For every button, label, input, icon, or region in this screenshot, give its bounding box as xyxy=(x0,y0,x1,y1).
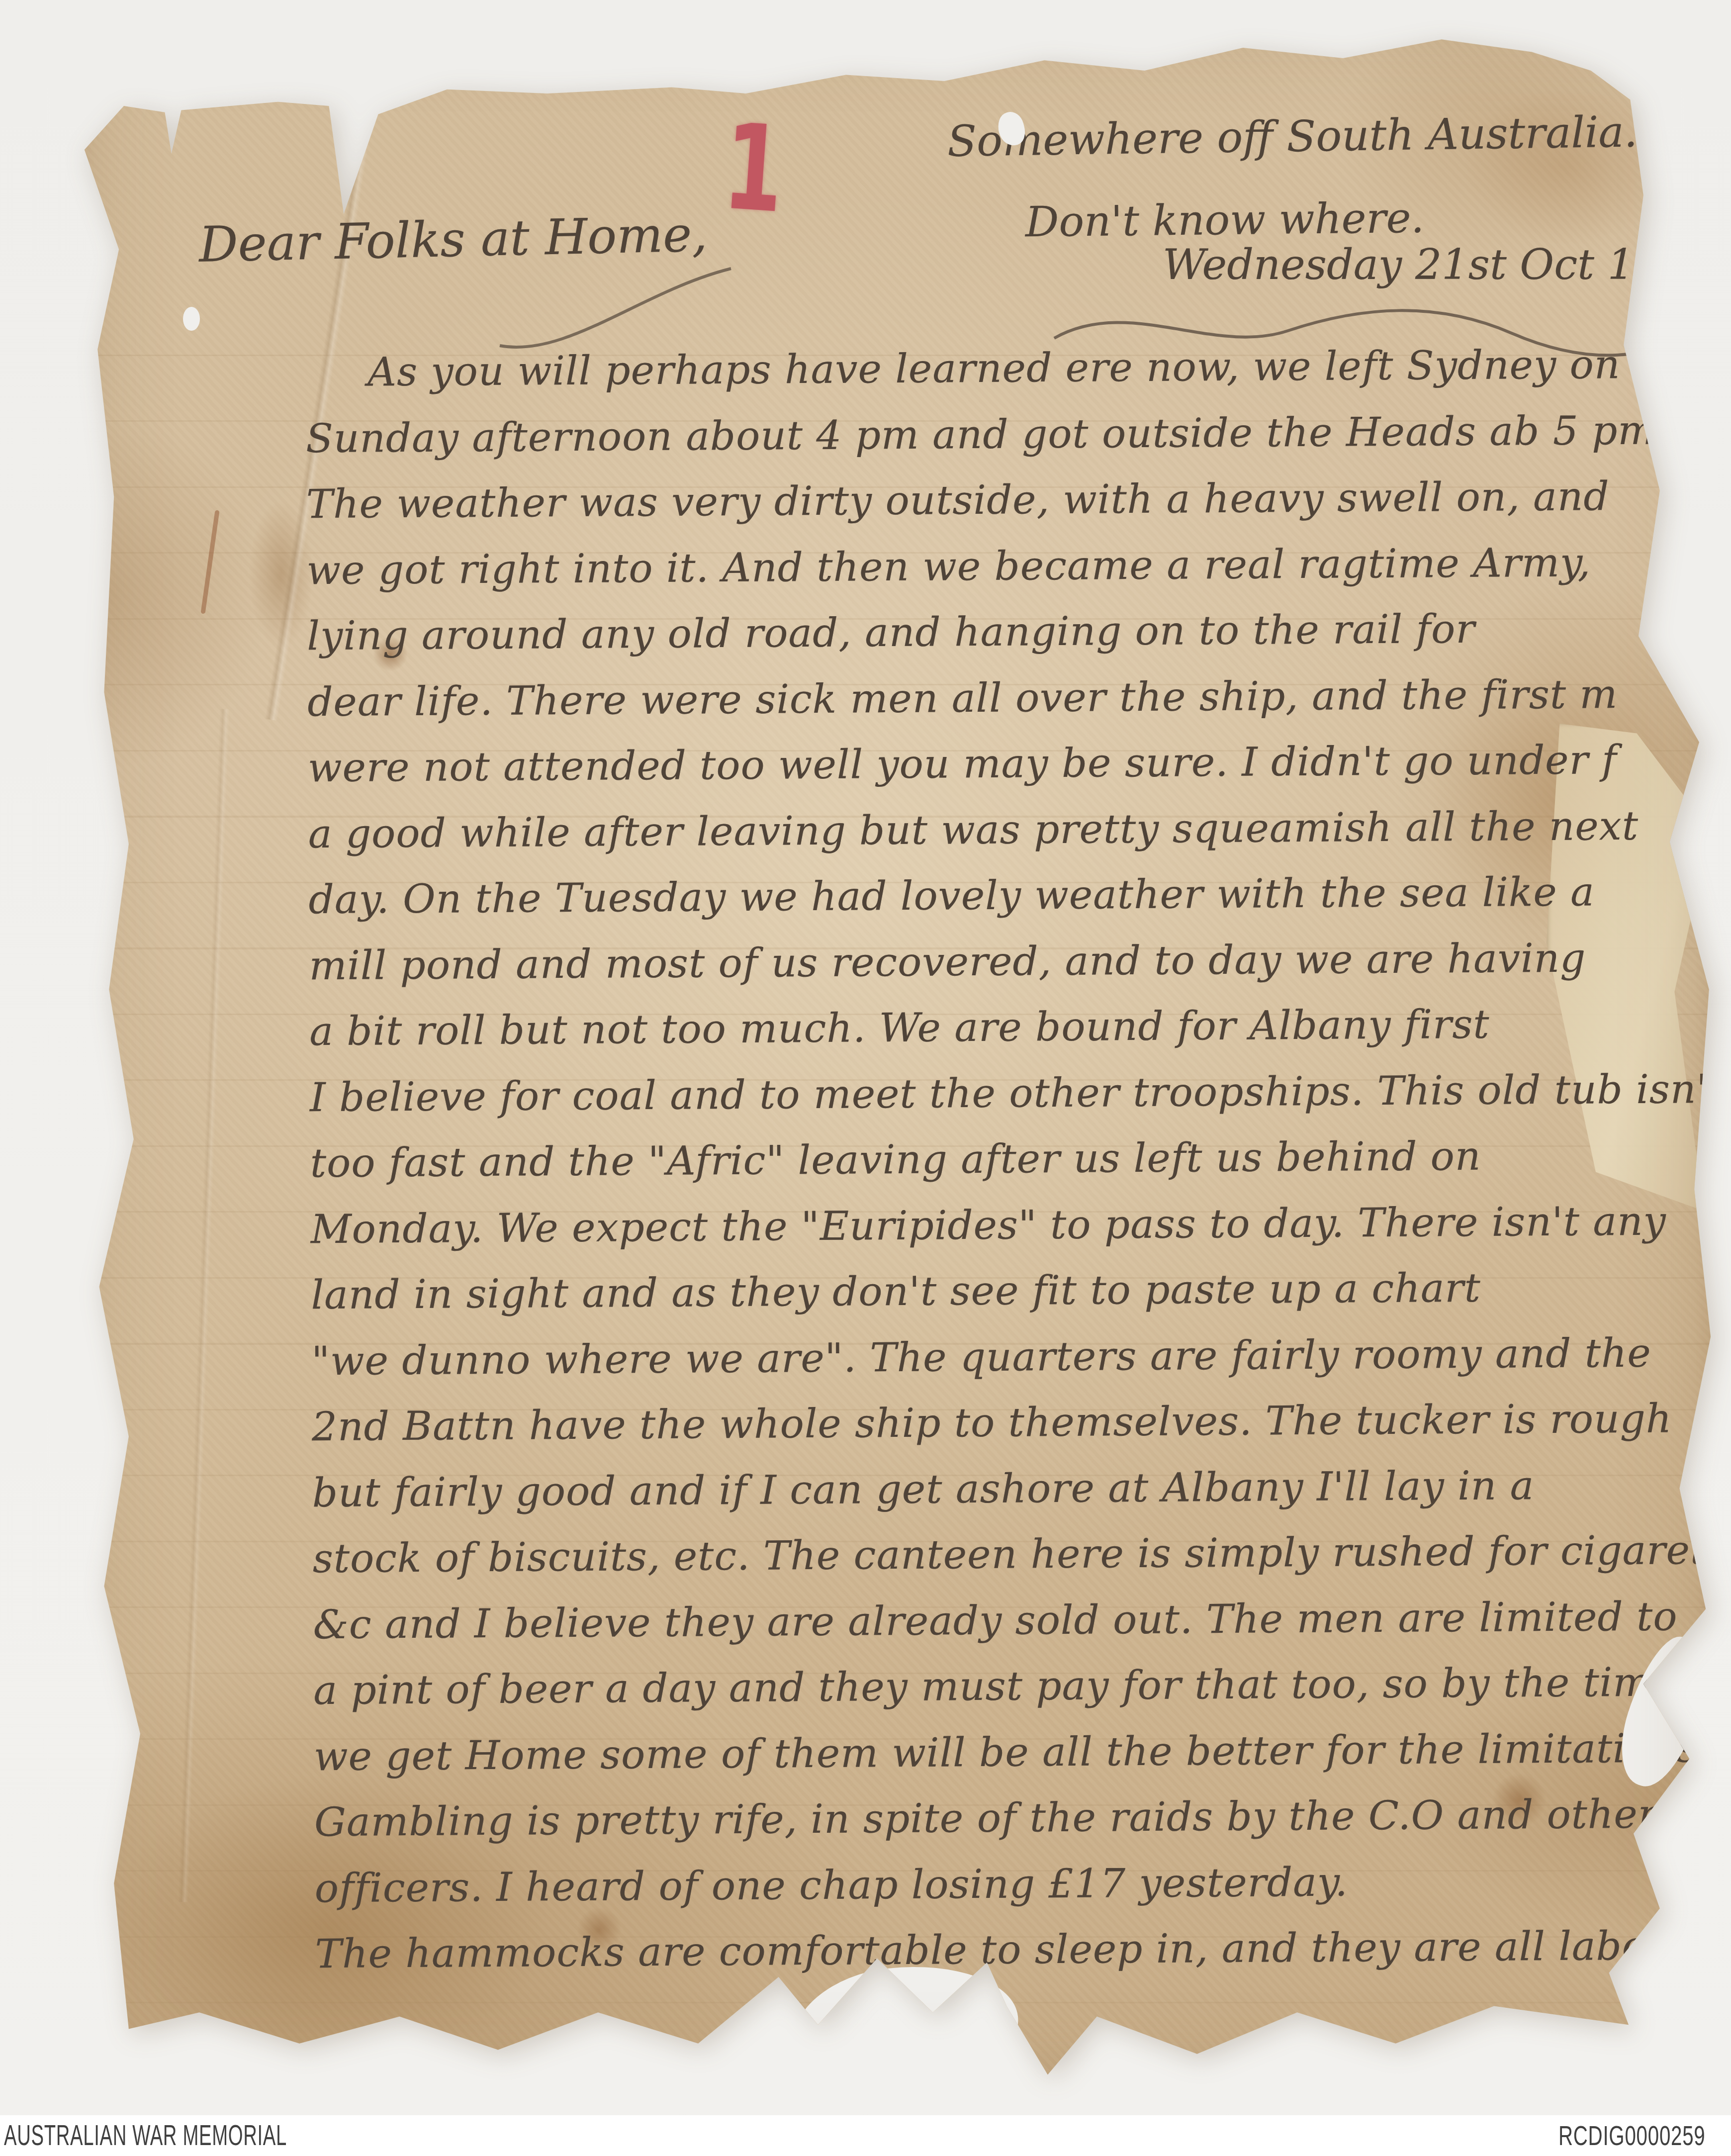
handwriting-line: a pint of beer a day and they must pay f… xyxy=(313,1660,1675,1712)
reference-id: RCDIG0000259 xyxy=(1558,2115,1705,2156)
handwriting-line: I believe for coal and to meet the other… xyxy=(310,1067,1725,1119)
handwriting-line: a bit roll but not too much. We are boun… xyxy=(309,1003,1490,1053)
handwriting-line: too fast and the "Afric" leaving after u… xyxy=(310,1134,1481,1185)
handwriting-line: officers. I heard of one chap losing £17… xyxy=(315,1860,1348,1910)
handwriting-line: were not attended too well you may be su… xyxy=(308,738,1617,790)
handwriting-line: The weather was very dirty outside, with… xyxy=(306,474,1610,526)
handwriting-line: we got right into it. And then we became… xyxy=(306,541,1591,592)
handwriting-line: land in sight and as they don't see fit … xyxy=(311,1266,1481,1317)
handwriting-line: we get Home some of them will be all the… xyxy=(314,1726,1711,1779)
handwriting-line: Gambling is pretty rife, in spite of the… xyxy=(314,1792,1657,1844)
handwriting-line: lying around any old road, and hanging o… xyxy=(307,607,1475,658)
handwriting-line: The hammocks are comfortable to sleep in… xyxy=(315,1924,1723,1976)
archive-footer-bar: AUSTRALIAN WAR MEMORIAL RCDIG0000259 xyxy=(0,2115,1731,2156)
letter-body: As you will perhaps have learned ere now… xyxy=(70,6,1723,2095)
handwriting-line: "we dunno where we are". The quarters ar… xyxy=(311,1331,1651,1383)
handwriting-line: Monday. We expect the "Euripides" to pas… xyxy=(310,1199,1666,1251)
handwriting-line: mill pond and most of us recovered, and … xyxy=(309,936,1586,988)
handwriting-line: but fairly good and if I can get ashore … xyxy=(312,1464,1535,1515)
paper-sheet: 1 Somewhere off South Australia. Don't k… xyxy=(75,12,1716,2091)
handwriting-line: day. On the Tuesday we had lovely weathe… xyxy=(308,870,1595,922)
handwriting-line: a good while after leaving but was prett… xyxy=(308,804,1639,855)
letter-paper: 1 Somewhere off South Australia. Don't k… xyxy=(75,12,1716,2091)
handwriting-line: dear life. There were sick men all over … xyxy=(307,672,1618,724)
handwriting-line: stock of biscuits, etc. The canteen here… xyxy=(312,1528,1731,1581)
handwriting-line: 2nd Battn have the whole ship to themsel… xyxy=(312,1397,1672,1449)
handwriting-line: As you will perhaps have learned ere now… xyxy=(367,343,1621,394)
archive-name: AUSTRALIAN WAR MEMORIAL xyxy=(4,2115,287,2156)
handwriting-line: Sunday afternoon about 4 pm and got outs… xyxy=(306,408,1669,461)
handwriting-line: &c and I believe they are already sold o… xyxy=(313,1594,1677,1647)
